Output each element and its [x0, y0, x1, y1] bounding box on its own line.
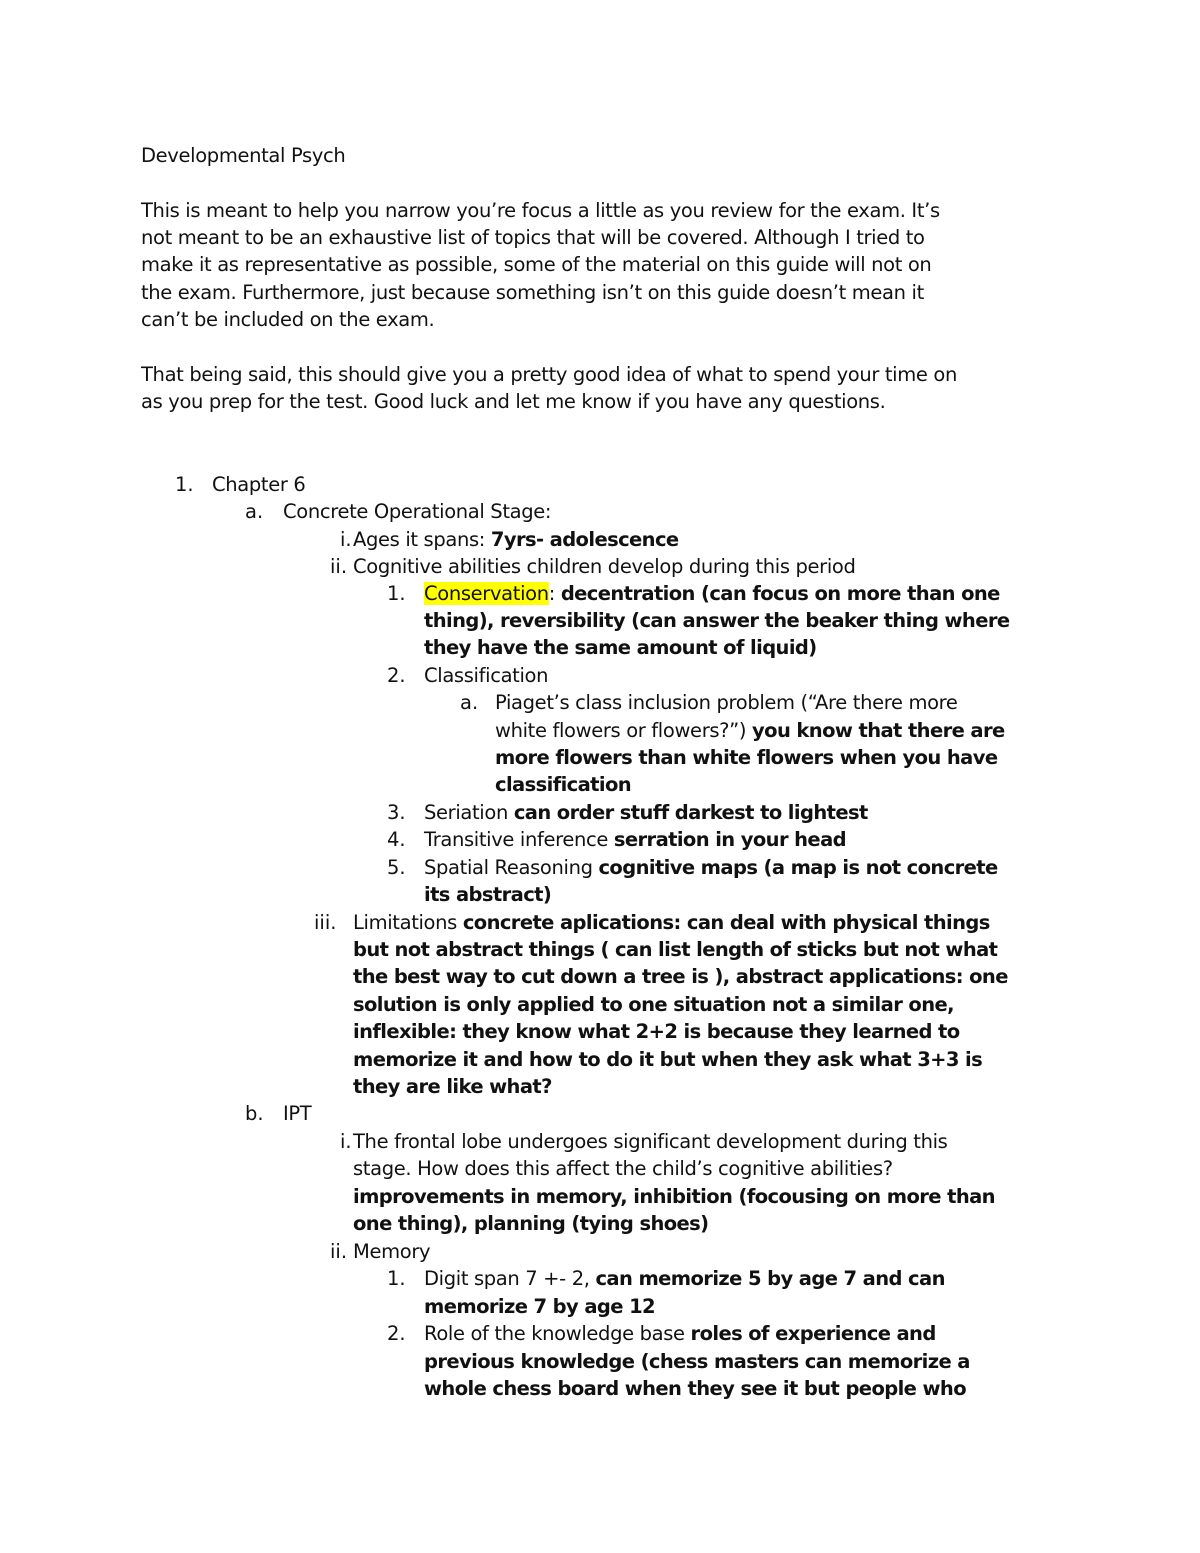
list-marker: i. — [340, 1128, 352, 1155]
answer-text: solution is only applied to one situatio… — [353, 991, 954, 1018]
list-marker: i. — [340, 526, 352, 553]
list-marker: 3. — [387, 799, 406, 826]
outline-limitations: Limitations concrete aplications: can de… — [353, 909, 990, 936]
document-page: Developmental Psych This is meant to hel… — [0, 0, 1200, 1553]
question-text: Role of the knowledge base — [424, 1322, 691, 1345]
outline-frontal-lobe: The frontal lobe undergoes significant d… — [353, 1128, 947, 1155]
answer-text: previous knowledge (chess masters can me… — [424, 1348, 970, 1375]
outline-seriation: Seriation can order stuff darkest to lig… — [424, 799, 868, 826]
answer-text: more flowers than white flowers when you… — [495, 744, 997, 771]
answer-text: inflexible: they know what 2+2 is becaus… — [353, 1018, 960, 1045]
document-title: Developmental Psych — [141, 142, 345, 169]
answer-text: improvements in memory, inhibition (foco… — [353, 1183, 995, 1210]
list-marker: a. — [245, 498, 263, 525]
answer-text: roles of experience and — [691, 1322, 936, 1345]
outline-ages-it-spans: Ages it spans: 7yrs- adolescence — [353, 526, 679, 553]
answer-text: decentration (can focus on more than one — [561, 582, 1000, 605]
question-text: Ages it spans: — [353, 528, 491, 551]
answer-text: they are like what? — [353, 1073, 552, 1100]
outline-digit-span: Digit span 7 +- 2, can memorize 5 by age… — [424, 1265, 945, 1292]
outline-chapter-6: Chapter 6 — [212, 471, 305, 498]
outline-cognitive-abilities: Cognitive abilities children develop dur… — [353, 553, 856, 580]
separator: : — [549, 582, 561, 605]
list-marker: iii. — [314, 909, 336, 936]
question-text: Spatial Reasoning — [424, 856, 598, 879]
question-text: Seriation — [424, 801, 514, 824]
outline-class-inclusion: Piaget’s class inclusion problem (“Are t… — [495, 689, 958, 716]
answer-text: they have the same amount of liquid) — [424, 634, 817, 661]
answer-text: whole chess board when they see it but p… — [424, 1375, 966, 1402]
list-marker: 4. — [387, 826, 406, 853]
answer-text: can order stuff darkest to lightest — [514, 801, 868, 824]
question-text: Limitations — [353, 911, 463, 934]
answer-text: its abstract) — [424, 881, 551, 908]
outline-frontal-lobe-cont: stage. How does this affect the child’s … — [353, 1155, 893, 1182]
intro-line: not meant to be an exhaustive list of to… — [141, 224, 925, 251]
answer-text: memorize it and how to do it but when th… — [353, 1046, 982, 1073]
list-marker: 1. — [387, 580, 406, 607]
outline-class-inclusion-cont: white flowers or flowers?”) you know tha… — [495, 717, 1005, 744]
answer-text: you know that there are — [752, 719, 1005, 742]
answer-text: concrete aplications: can deal with phys… — [463, 911, 990, 934]
intro-line: can’t be included on the exam. — [141, 306, 434, 333]
outline-classification: Classification — [424, 662, 548, 689]
outline-ipt: IPT — [283, 1100, 311, 1127]
outline-concrete-operational-stage: Concrete Operational Stage: — [283, 498, 551, 525]
list-marker: 2. — [387, 662, 406, 689]
question-text: Transitive inference — [424, 828, 614, 851]
outline-knowledge-base: Role of the knowledge base roles of expe… — [424, 1320, 936, 1347]
list-marker: 1. — [387, 1265, 406, 1292]
outline-conservation: Conservation: decentration (can focus on… — [424, 580, 1000, 607]
answer-text: one thing), planning (tying shoes) — [353, 1210, 709, 1237]
question-text: white flowers or flowers?”) — [495, 719, 752, 742]
list-marker: 5. — [387, 854, 406, 881]
list-marker: ii. — [330, 553, 347, 580]
outline-transitive-inference: Transitive inference serration in your h… — [424, 826, 846, 853]
intro-line: That being said, this should give you a … — [141, 361, 957, 388]
intro-line: make it as representative as possible, s… — [141, 251, 931, 278]
question-text: Digit span 7 +- 2, — [424, 1267, 595, 1290]
list-marker: a. — [460, 689, 478, 716]
intro-line: as you prep for the test. Good luck and … — [141, 388, 885, 415]
answer-text: the best way to cut down a tree is ), ab… — [353, 963, 1008, 990]
answer-text: thing), reversibility (can answer the be… — [424, 607, 1009, 634]
outline-memory: Memory — [353, 1238, 430, 1265]
answer-text: can memorize 5 by age 7 and can — [595, 1267, 944, 1290]
answer-text: serration in your head — [614, 828, 846, 851]
answer-text: cognitive maps (a map is not concrete — [598, 856, 997, 879]
outline-spatial-reasoning: Spatial Reasoning cognitive maps (a map … — [424, 854, 998, 881]
answer-text: memorize 7 by age 12 — [424, 1293, 655, 1320]
intro-line: the exam. Furthermore, just because some… — [141, 279, 924, 306]
list-marker: ii. — [330, 1238, 347, 1265]
answer-text: classification — [495, 771, 631, 798]
list-marker: 1. — [175, 471, 194, 498]
answer-text: 7yrs- adolescence — [491, 528, 679, 551]
highlighted-term: Conservation — [424, 582, 549, 605]
list-marker: 2. — [387, 1320, 406, 1347]
intro-line: This is meant to help you narrow you’re … — [141, 197, 940, 224]
answer-text: but not abstract things ( can list lengt… — [353, 936, 997, 963]
list-marker: b. — [245, 1100, 264, 1127]
